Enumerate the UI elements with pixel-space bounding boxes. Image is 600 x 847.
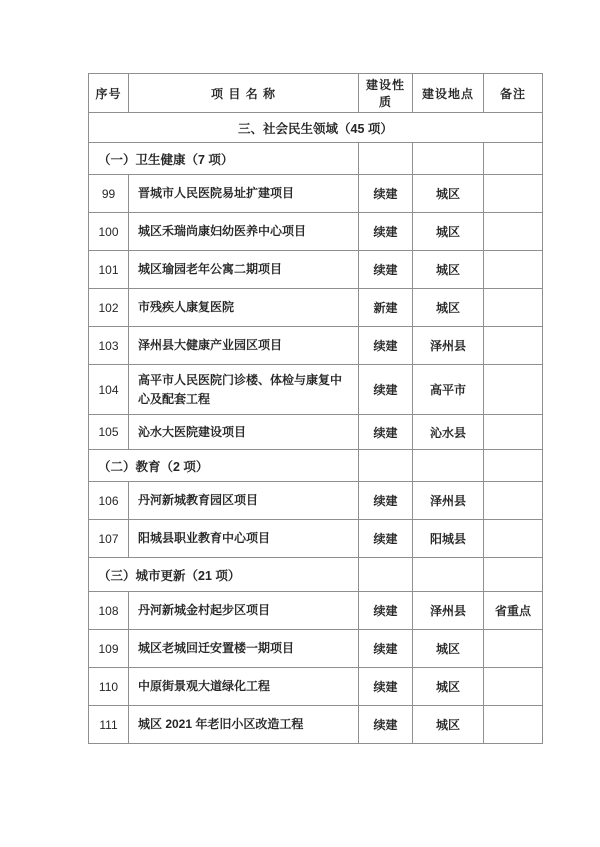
construction-location: 城区: [413, 668, 484, 706]
construction-location: 泽州县: [413, 592, 484, 630]
note: [484, 668, 543, 706]
note: [484, 251, 543, 289]
note: [484, 327, 543, 365]
construction-location: 城区: [413, 213, 484, 251]
empty-cell: [413, 558, 484, 592]
construction-location: 高平市: [413, 365, 484, 415]
table-row: 108 丹河新城金村起步区项目 续建 泽州县 省重点: [89, 592, 543, 630]
construction-nature: 续建: [359, 706, 413, 744]
table-row: 110 中原街景观大道绿化工程 续建 城区: [89, 668, 543, 706]
project-list-table: 序号 项 目 名 称 建设性质 建设地点 备注 三、社会民生领域（45 项） （…: [88, 73, 543, 744]
row-number: 109: [89, 630, 129, 668]
column-header-nature: 建设性质: [359, 74, 413, 113]
subsection-label: （三）城市更新（21 项）: [89, 558, 359, 592]
subsection-row: （二）教育（2 项）: [89, 450, 543, 482]
empty-cell: [359, 558, 413, 592]
table-row: 109 城区老城回迁安置楼一期项目 续建 城区: [89, 630, 543, 668]
project-name: 丹河新城教育园区项目: [129, 482, 359, 520]
project-name: 丹河新城金村起步区项目: [129, 592, 359, 630]
project-name: 城区 2021 年老旧小区改造工程: [129, 706, 359, 744]
row-number: 107: [89, 520, 129, 558]
table-row: 100 城区禾瑞尚康妇幼医养中心项目 续建 城区: [89, 213, 543, 251]
row-number: 101: [89, 251, 129, 289]
construction-location: 城区: [413, 175, 484, 213]
empty-cell: [413, 450, 484, 482]
construction-nature: 续建: [359, 415, 413, 450]
note: [484, 630, 543, 668]
note: 省重点: [484, 592, 543, 630]
subsection-label: （二）教育（2 项）: [89, 450, 359, 482]
document-page: 序号 项 目 名 称 建设性质 建设地点 备注 三、社会民生领域（45 项） （…: [0, 0, 600, 847]
table-row: 111 城区 2021 年老旧小区改造工程 续建 城区: [89, 706, 543, 744]
note: [484, 365, 543, 415]
section-title-row: 三、社会民生领域（45 项）: [89, 113, 543, 143]
construction-nature: 续建: [359, 482, 413, 520]
construction-nature: 续建: [359, 592, 413, 630]
construction-location: 城区: [413, 630, 484, 668]
note: [484, 175, 543, 213]
table-row: 103 泽州县大健康产业园区项目 续建 泽州县: [89, 327, 543, 365]
construction-nature: 续建: [359, 175, 413, 213]
empty-cell: [413, 143, 484, 175]
row-number: 110: [89, 668, 129, 706]
construction-nature: 续建: [359, 251, 413, 289]
construction-nature: 新建: [359, 289, 413, 327]
note: [484, 706, 543, 744]
construction-location: 沁水县: [413, 415, 484, 450]
project-name: 晋城市人民医院易址扩建项目: [129, 175, 359, 213]
table-row: 105 沁水大医院建设项目 续建 沁水县: [89, 415, 543, 450]
empty-cell: [484, 143, 543, 175]
column-header-num: 序号: [89, 74, 129, 113]
project-name: 高平市人民医院门诊楼、体检与康复中心及配套工程: [129, 365, 359, 415]
construction-nature: 续建: [359, 327, 413, 365]
project-name: 泽州县大健康产业园区项目: [129, 327, 359, 365]
project-name: 城区老城回迁安置楼一期项目: [129, 630, 359, 668]
construction-location: 泽州县: [413, 482, 484, 520]
project-name: 城区瑜园老年公寓二期项目: [129, 251, 359, 289]
subsection-row: （一）卫生健康（7 项）: [89, 143, 543, 175]
section-title: 三、社会民生领域（45 项）: [89, 113, 543, 143]
note: [484, 415, 543, 450]
row-number: 106: [89, 482, 129, 520]
empty-cell: [359, 143, 413, 175]
row-number: 100: [89, 213, 129, 251]
row-number: 103: [89, 327, 129, 365]
project-name: 沁水大医院建设项目: [129, 415, 359, 450]
table-row: 104 高平市人民医院门诊楼、体检与康复中心及配套工程 续建 高平市: [89, 365, 543, 415]
table-row: 102 市残疾人康复医院 新建 城区: [89, 289, 543, 327]
subsection-row: （三）城市更新（21 项）: [89, 558, 543, 592]
project-name: 城区禾瑞尚康妇幼医养中心项目: [129, 213, 359, 251]
table-header-row: 序号 项 目 名 称 建设性质 建设地点 备注: [89, 74, 543, 113]
table-row: 99 晋城市人民医院易址扩建项目 续建 城区: [89, 175, 543, 213]
construction-nature: 续建: [359, 668, 413, 706]
column-header-name: 项 目 名 称: [129, 74, 359, 113]
project-name: 中原街景观大道绿化工程: [129, 668, 359, 706]
empty-cell: [359, 450, 413, 482]
construction-location: 泽州县: [413, 327, 484, 365]
column-header-note: 备注: [484, 74, 543, 113]
empty-cell: [484, 450, 543, 482]
construction-nature: 续建: [359, 520, 413, 558]
construction-nature: 续建: [359, 365, 413, 415]
note: [484, 213, 543, 251]
project-name: 阳城县职业教育中心项目: [129, 520, 359, 558]
column-header-location: 建设地点: [413, 74, 484, 113]
construction-nature: 续建: [359, 213, 413, 251]
note: [484, 289, 543, 327]
row-number: 111: [89, 706, 129, 744]
construction-location: 城区: [413, 289, 484, 327]
row-number: 105: [89, 415, 129, 450]
note: [484, 520, 543, 558]
row-number: 99: [89, 175, 129, 213]
construction-nature: 续建: [359, 630, 413, 668]
table-row: 101 城区瑜园老年公寓二期项目 续建 城区: [89, 251, 543, 289]
construction-location: 阳城县: [413, 520, 484, 558]
empty-cell: [484, 558, 543, 592]
row-number: 108: [89, 592, 129, 630]
row-number: 104: [89, 365, 129, 415]
subsection-label: （一）卫生健康（7 项）: [89, 143, 359, 175]
row-number: 102: [89, 289, 129, 327]
note: [484, 482, 543, 520]
project-name: 市残疾人康复医院: [129, 289, 359, 327]
table-row: 106 丹河新城教育园区项目 续建 泽州县: [89, 482, 543, 520]
construction-location: 城区: [413, 251, 484, 289]
table-row: 107 阳城县职业教育中心项目 续建 阳城县: [89, 520, 543, 558]
construction-location: 城区: [413, 706, 484, 744]
